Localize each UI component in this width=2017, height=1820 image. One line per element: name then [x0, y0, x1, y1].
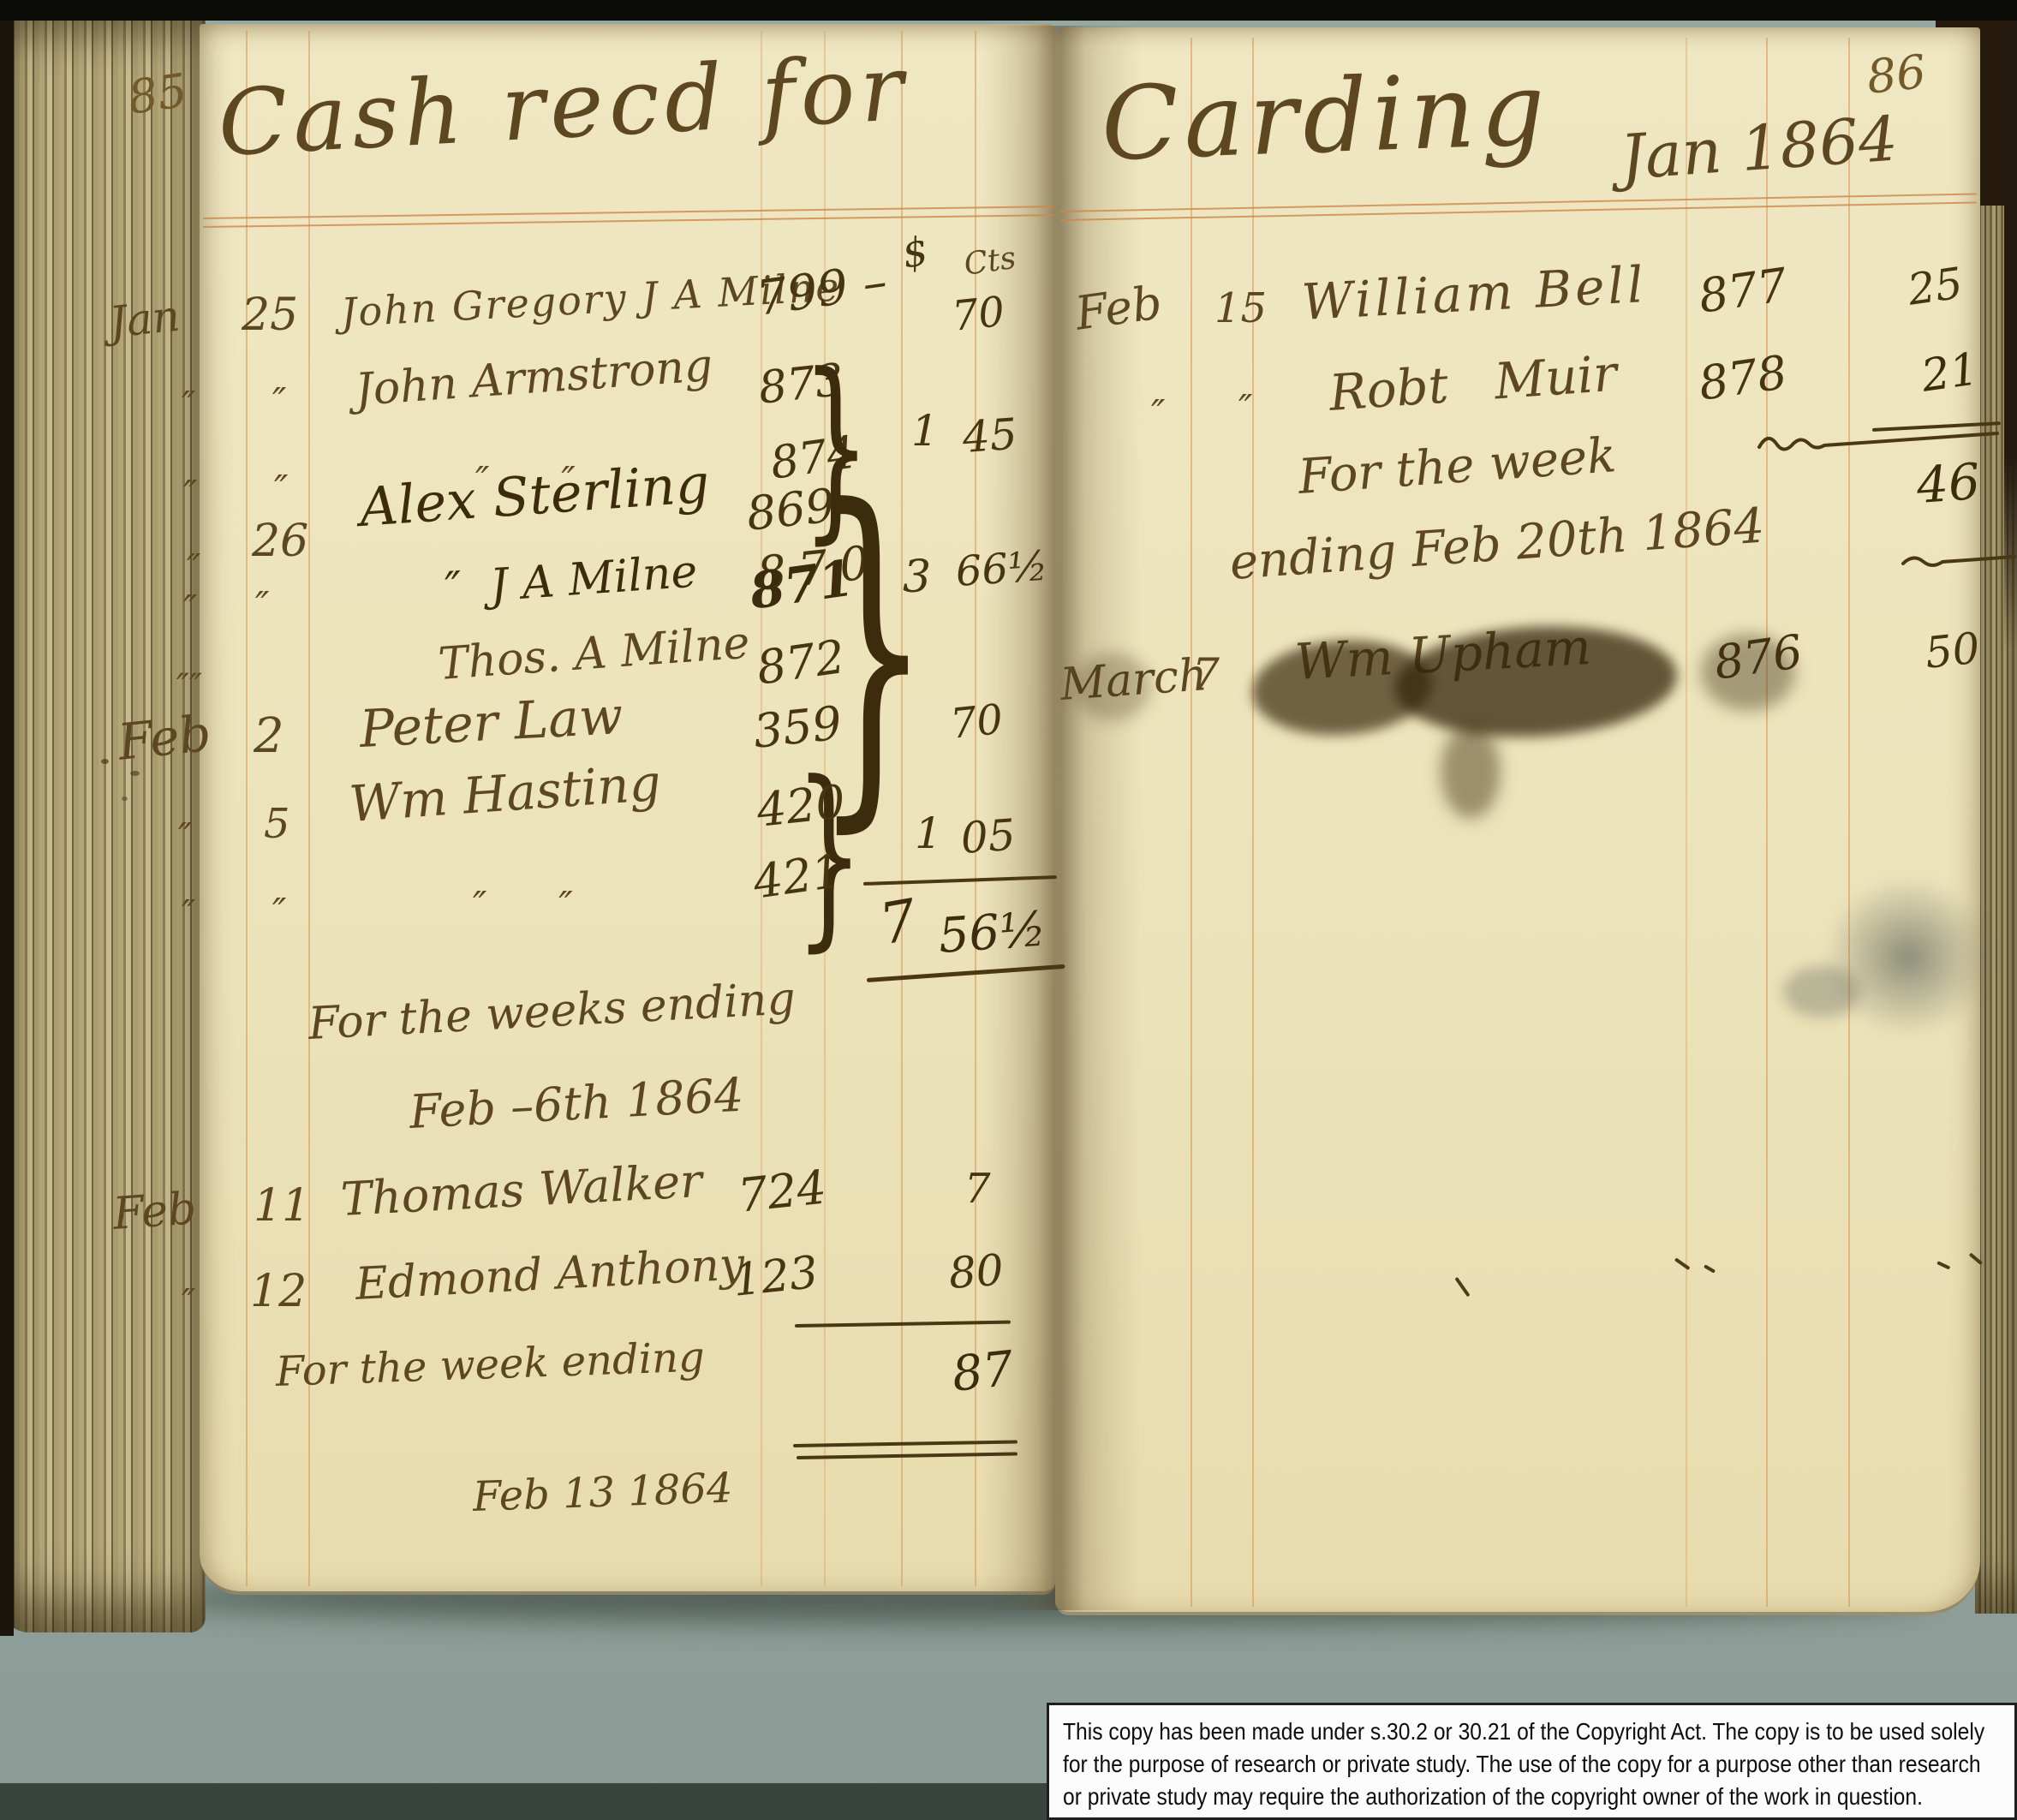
entry-day: 12 [250, 1269, 307, 1314]
ink-blot [1823, 875, 1994, 1038]
entry-day: 26 [252, 519, 308, 564]
scanner-top-strip [0, 0, 2017, 21]
ink-smudge [1441, 725, 1501, 819]
entry-cents: 05 [959, 814, 1017, 860]
entry-name: Peter Law [358, 690, 624, 755]
entry-ledger-number: 877 [1696, 262, 1790, 320]
ink-smudge [1701, 634, 1795, 711]
ink-speck [122, 797, 128, 801]
ditto-mark: ″ [274, 471, 288, 509]
column-rule [1191, 38, 1192, 1607]
entry-ledger-number: 724 [736, 1164, 828, 1219]
page-title-date: Jan 1864 [1618, 107, 1900, 188]
entry-day: 11 [254, 1184, 310, 1228]
ditto-mark: ″″ [176, 670, 202, 704]
copyright-line-3: or private study may require the authori… [1063, 1781, 1895, 1813]
ditto-mark: ″ [182, 387, 195, 425]
ditto-mark: ″ [255, 588, 269, 625]
entry-cents: 50 [1923, 626, 1982, 674]
entry-day: 2 [254, 713, 284, 761]
entry-ledger-number: 359 [751, 700, 844, 755]
ditto-mark: ″ [178, 819, 192, 856]
ditto-mark: ″ [182, 896, 195, 934]
copyright-line-1: This copy has been made under s.30.2 or … [1063, 1716, 1895, 1748]
entry-ledger-number: 421 [750, 848, 844, 906]
ditto-mark: ″ ″ [473, 887, 573, 925]
book-spine-edge [0, 7, 14, 1636]
ink-speck [130, 771, 140, 776]
ink-blot [1783, 966, 1860, 1017]
copyright-notice: This copy has been made under s.30.2 or … [1047, 1703, 2017, 1820]
column-header-cents: Cts [962, 243, 1017, 281]
entry-day: 7 [1192, 653, 1220, 695]
entry-month: Feb [111, 1186, 198, 1237]
entry-cents: 66½ [954, 546, 1049, 593]
entry-cents: 45 [961, 413, 1018, 459]
ditto-mark: ″ [272, 384, 286, 421]
total-amount: 46 [1915, 456, 1982, 510]
page-number-left: 85 [125, 68, 190, 122]
entry-cents: 70 [950, 291, 1006, 337]
ledger-scan: 85 Cash recd for $ Cts Jan 25 John Grego… [0, 0, 2017, 1820]
entry-cents: 80 [947, 1249, 1005, 1295]
column-rule [1848, 38, 1850, 1607]
ditto-mark: ″ [272, 894, 286, 932]
ink-speck [101, 759, 109, 764]
entry-day: 15 [1214, 288, 1267, 329]
entry-day: 25 [242, 293, 298, 337]
entry-cents: 7 [964, 1168, 991, 1209]
entry-month: Feb [116, 708, 213, 767]
entry-month: Jan [107, 295, 182, 344]
ditto-mark: ″ [1151, 396, 1165, 433]
ditto-mark: ″ [183, 476, 197, 514]
subtotal-cents: 56½ [937, 905, 1047, 961]
entry-month: Feb [1072, 279, 1165, 337]
total-amount: 87 [950, 1346, 1016, 1399]
page-number-right: 86 [1865, 49, 1928, 101]
column-rule [246, 31, 248, 1586]
ditto-mark: ″ [187, 550, 200, 588]
left-page-stack-edge [0, 12, 206, 1632]
entry-cents: 70 [948, 699, 1005, 745]
ditto-mark: ″ [183, 591, 197, 629]
page-title-right: Carding [1100, 58, 1552, 175]
note-feb13: Feb 13 1864 [472, 1467, 733, 1518]
entry-dollars: 1 [915, 812, 942, 855]
ink-squiggle [1900, 550, 2017, 572]
ditto-mark: ″ [182, 1285, 195, 1322]
entry-ledger-number: 123 [731, 1250, 820, 1304]
entry-cents: 21 [1919, 347, 1981, 399]
copyright-line-2: for the purpose of research or private s… [1063, 1748, 1895, 1781]
column-rule [1252, 38, 1254, 1607]
entry-cents: 25 [1906, 261, 1966, 311]
ditto-mark: ″ [1238, 391, 1252, 428]
column-rule [1686, 38, 1687, 1607]
entry-ledger-number: 878 [1696, 349, 1790, 408]
entry-ledger-number: 420 [755, 779, 847, 833]
ink-smudge [1074, 653, 1151, 721]
entry-day: 5 [264, 803, 290, 844]
